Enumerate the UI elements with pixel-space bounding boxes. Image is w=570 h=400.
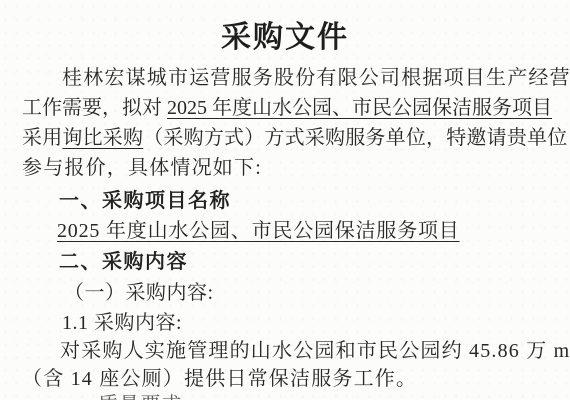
document-title: 采购文件	[0, 12, 570, 56]
section-two-body-line-2: （含 14 座公厕）提供日常保洁服务工作。	[22, 367, 417, 391]
intro-line-2: 工作需要，拟对 2025 年度山水公园、市民公园保洁服务项目	[22, 96, 552, 120]
section-two-body-line-1: 对采购人实施管理的山水公园和市民公园约 45.86 万 m²	[60, 339, 570, 363]
section-two-sub-heading: （一）采购内容:	[64, 281, 214, 305]
intro-line-3-plain-post: （采购方式）方式采购服务单位，特邀请贵单位	[143, 127, 567, 149]
scanned-procurement-document: 采购文件 桂林宏谋城市运营服务股份有限公司根据项目生产经营 工作需要，拟对 20…	[0, 0, 570, 400]
cutoff-next-line-fragment: 质量要求	[98, 393, 183, 400]
section-one-project-name: 2025 年度山水公园、市民公园保洁服务项目	[57, 219, 460, 243]
intro-line-3-plain-pre: 采用	[22, 127, 62, 149]
intro-line-3-underlined-method: 询比采购	[62, 127, 143, 149]
section-two-item-number: 1.1 采购内容:	[62, 311, 182, 335]
section-one-heading: 一、采购项目名称	[59, 189, 231, 213]
intro-line-3: 采用询比采购（采购方式）方式采购服务单位，特邀请贵单位	[22, 126, 567, 150]
section-two-heading: 二、采购内容	[59, 250, 188, 274]
intro-line-2-underlined-project-name: 2025 年度山水公园、市民公园保洁服务项目	[167, 97, 552, 119]
intro-line-1: 桂林宏谋城市运营服务股份有限公司根据项目生产经营	[62, 66, 570, 90]
intro-line-2-plain: 工作需要，拟对	[22, 97, 167, 119]
intro-line-4: 参与报价，具体情况如下:	[22, 156, 262, 180]
